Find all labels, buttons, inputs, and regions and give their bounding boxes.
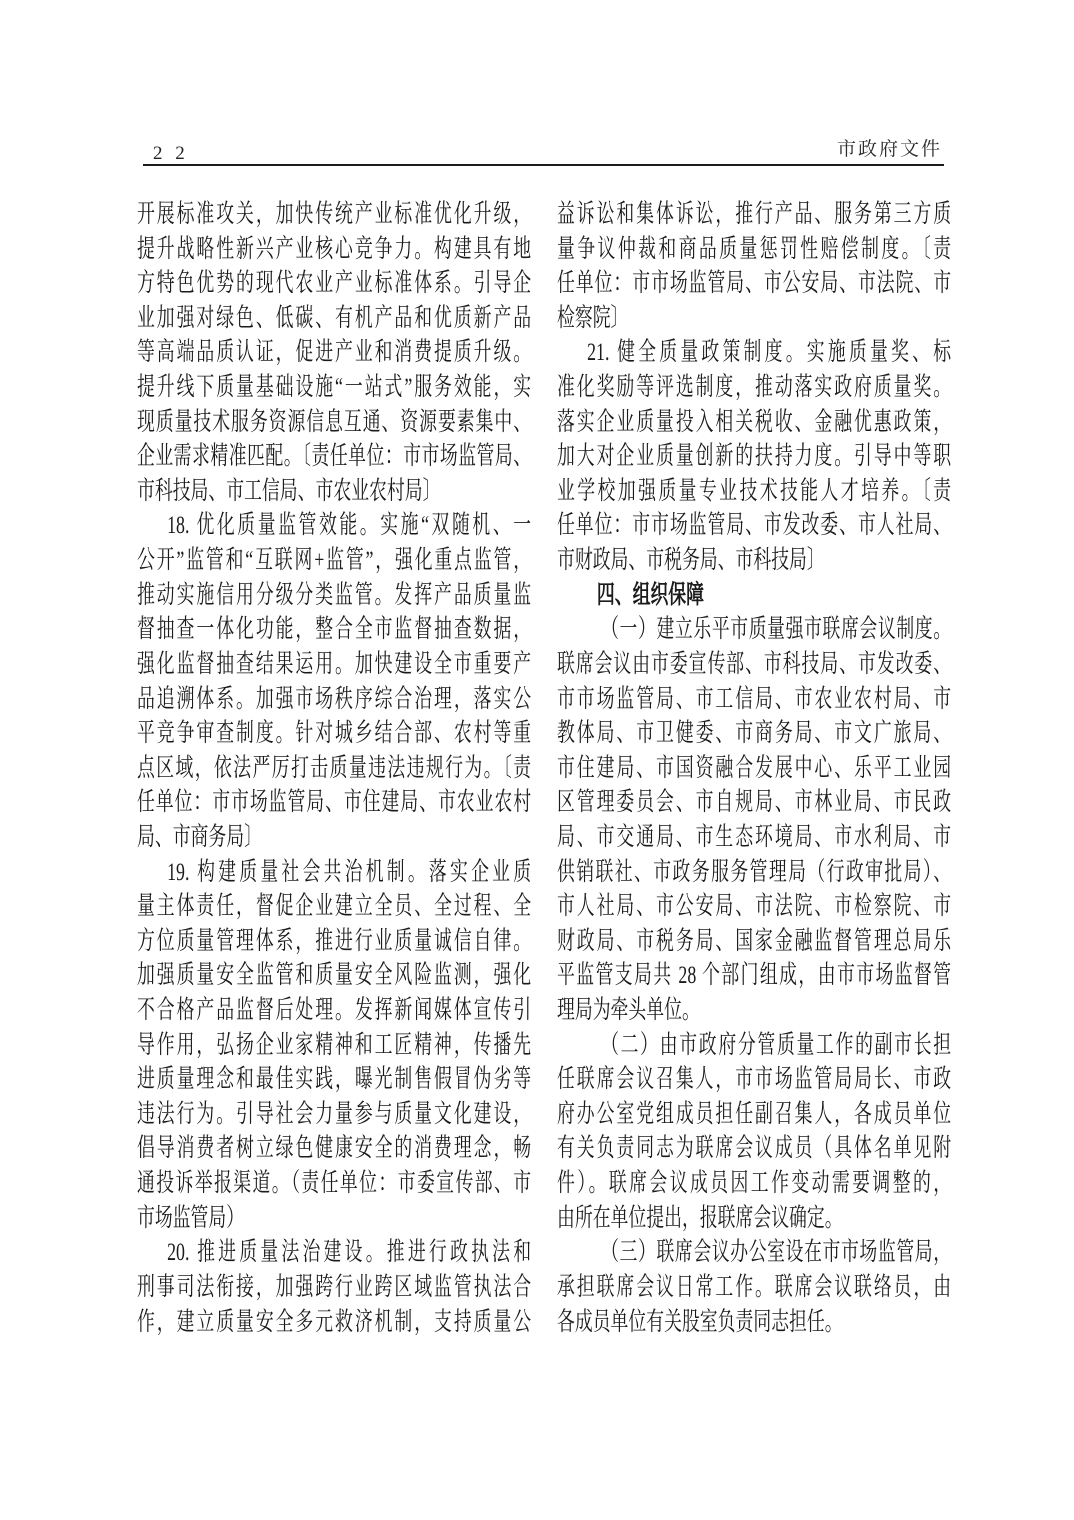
text-line: 各成员单位有关股室负责同志担任。 [557, 1305, 951, 1340]
text-line: （一）建立乐平市质量强市联席会议制度。 [557, 612, 951, 647]
header-doc-label: 市政府文件 [837, 134, 942, 161]
text-line: 市财政局、市税务局、市科技局〕 [557, 543, 951, 578]
text-line: 益诉讼和集体诉讼，推行产品、服务第三方质 [557, 197, 951, 232]
document-page: 2 2 市政府文件 开展标准攻关，加快传统产业标准优化升级，提升战略性新兴产业核… [0, 0, 1074, 1520]
text-line: 不合格产品监督后处理。发挥新闻媒体宣传引 [137, 993, 531, 1028]
text-line: 件）。联席会议成员因工作变动需要调整的， [557, 1166, 951, 1201]
text-line: 20. 推进质量法治建设。推进行政执法和 [137, 1235, 531, 1270]
text-line: 加大对企业质量创新的扶持力度。引导中等职 [557, 439, 951, 474]
text-line: 理局为牵头单位。 [557, 993, 951, 1028]
text-line: 18. 优化质量监管效能。实施“双随机、一 [137, 508, 531, 543]
text-column-left: 开展标准攻关，加快传统产业标准优化升级，提升战略性新兴产业核心竞争力。构建具有地… [137, 197, 531, 1339]
text-line: 由所在单位提出，报联席会议确定。 [557, 1201, 951, 1236]
text-line: 量争议仲裁和商品质量惩罚性赔偿制度。〔责 [557, 232, 951, 267]
text-line: 业加强对绿色、低碳、有机产品和优质新产品 [137, 301, 531, 336]
text-line: 19. 构建质量社会共治机制。落实企业质 [137, 855, 531, 890]
text-line: 联席会议由市委宣传部、市科技局、市发改委、 [557, 647, 951, 682]
text-line: 有关负责同志为联席会议成员（具体名单见附 [557, 1131, 951, 1166]
text-line: 品追溯体系。加强市场秩序综合治理，落实公 [137, 682, 531, 717]
text-line: 任单位：市市场监管局、市住建局、市农业农村 [137, 785, 531, 820]
text-line: 刑事司法衔接，加强跨行业跨区域监管执法合 [137, 1270, 531, 1305]
text-line: 通投诉举报渠道。（责任单位：市委宣传部、市 [137, 1166, 531, 1201]
text-line: 供销联社、市政务服务管理局（行政审批局）、 [557, 855, 951, 890]
text-line: 推动实施信用分级分类监管。发挥产品质量监 [137, 578, 531, 613]
text-line: 方特色优势的现代农业产业标准体系。引导企 [137, 266, 531, 301]
text-line: 检察院〕 [557, 301, 951, 336]
text-line: 平监管支局共 28 个部门组成，由市市场监督管 [557, 958, 951, 993]
text-line: 市科技局、市工信局、市农业农村局〕 [137, 474, 531, 509]
text-line: 点区域，依法严厉打击质量违法违规行为。〔责 [137, 751, 531, 786]
text-line: （二）由市政府分管质量工作的副市长担 [557, 1028, 951, 1063]
text-line: 承担联席会议日常工作。联席会议联络员，由 [557, 1270, 951, 1305]
text-line: 公开”监管和“互联网+监管”，强化重点监管， [137, 543, 531, 578]
text-line: 21. 健全质量政策制度。实施质量奖、标 [557, 335, 951, 370]
text-line: （三）联席会议办公室设在市市场监管局， [557, 1235, 951, 1270]
text-line: 业学校加强质量专业技术技能人才培养。〔责 [557, 474, 951, 509]
text-line: 量主体责任，督促企业建立全员、全过程、全 [137, 889, 531, 924]
text-line: 市住建局、市国资融合发展中心、乐平工业园 [557, 751, 951, 786]
header-rule [143, 164, 944, 166]
text-line: 财政局、市税务局、国家金融监督管理总局乐 [557, 924, 951, 959]
text-line: 府办公室党组成员担任副召集人，各成员单位 [557, 1097, 951, 1132]
text-line: 局、市商务局〕 [137, 820, 531, 855]
text-line: 强化监督抽查结果运用。加快建设全市重要产 [137, 647, 531, 682]
text-line: 局、市交通局、市生态环境局、市水利局、市 [557, 820, 951, 855]
text-line: 方位质量管理体系，推进行业质量诚信自律。 [137, 924, 531, 959]
text-line: 落实企业质量投入相关税收、金融优惠政策， [557, 405, 951, 440]
text-line: 等高端品质认证，促进产业和消费提质升级。 [137, 335, 531, 370]
page-number: 2 2 [153, 143, 189, 165]
text-line: 市人社局、市公安局、市法院、市检察院、市 [557, 889, 951, 924]
text-line: 现质量技术服务资源信息互通、资源要素集中、 [137, 405, 531, 440]
text-line: 作，建立质量安全多元救济机制，支持质量公 [137, 1305, 531, 1340]
text-line: 企业需求精准匹配。〔责任单位：市市场监管局、 [137, 439, 531, 474]
text-line: 倡导消费者树立绿色健康安全的消费理念，畅 [137, 1131, 531, 1166]
text-line: 提升线下质量基础设施“一站式”服务效能，实 [137, 370, 531, 405]
text-line: 开展标准攻关，加快传统产业标准优化升级， [137, 197, 531, 232]
text-line: 市场监管局） [137, 1201, 531, 1236]
text-column-right: 益诉讼和集体诉讼，推行产品、服务第三方质量争议仲裁和商品质量惩罚性赔偿制度。〔责… [557, 197, 951, 1339]
text-line: 市市场监管局、市工信局、市农业农村局、市 [557, 682, 951, 717]
text-line: 提升战略性新兴产业核心竞争力。构建具有地 [137, 232, 531, 267]
text-line: 任联席会议召集人，市市场监管局局长、市政 [557, 1062, 951, 1097]
text-line: 平竞争审查制度。针对城乡结合部、农村等重 [137, 716, 531, 751]
text-line: 教体局、市卫健委、市商务局、市文广旅局、 [557, 716, 951, 751]
text-line: 督抽查一体化功能，整合全市监督抽查数据， [137, 612, 531, 647]
text-line: 加强质量安全监管和质量安全风险监测，强化 [137, 958, 531, 993]
text-line: 任单位：市市场监管局、市发改委、市人社局、 [557, 508, 951, 543]
text-line: 导作用，弘扬企业家精神和工匠精神，传播先 [137, 1028, 531, 1063]
text-line: 进质量理念和最佳实践，曝光制售假冒伪劣等 [137, 1062, 531, 1097]
text-line: 任单位：市市场监管局、市公安局、市法院、市 [557, 266, 951, 301]
text-line: 违法行为。引导社会力量参与质量文化建设， [137, 1097, 531, 1132]
section-heading: 四、组织保障 [557, 578, 951, 613]
text-line: 准化奖励等评选制度，推动落实政府质量奖。 [557, 370, 951, 405]
text-line: 区管理委员会、市自规局、市林业局、市民政 [557, 785, 951, 820]
